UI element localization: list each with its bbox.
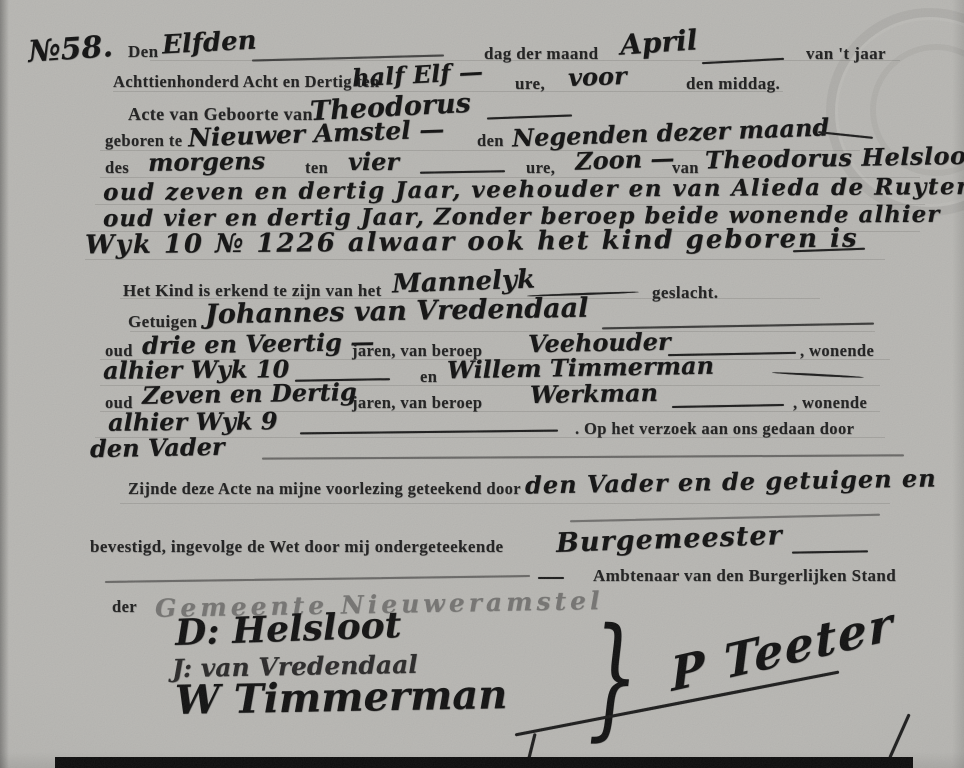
entry-witness2-profession: Werkman bbox=[530, 378, 658, 409]
form-label-den: Den bbox=[128, 42, 158, 62]
ink-fill-line bbox=[420, 170, 505, 173]
entry-father-name: Theodorus Helsloot. bbox=[705, 141, 964, 175]
bottom-scan-bar bbox=[55, 757, 913, 768]
entry-time: half Elf — bbox=[351, 57, 483, 93]
form-label-ure-1: ure, bbox=[515, 74, 545, 94]
form-label-der: der bbox=[112, 597, 137, 617]
ink-fill-line bbox=[300, 430, 558, 435]
form-label-dag-der-maand: dag der maand bbox=[484, 44, 598, 64]
entry-witness1-name: Johannes van Vredendaal bbox=[205, 293, 589, 331]
form-label-wonende-1: , wonende bbox=[800, 341, 874, 361]
form-label-en: en bbox=[420, 367, 437, 387]
ink-fill-line bbox=[772, 372, 864, 379]
form-label-ambtenaar: Ambtenaar van den Burgerlijken Stand bbox=[593, 566, 896, 586]
entry-birth-hour: vier bbox=[348, 147, 399, 176]
official-signature: P Teeter bbox=[669, 596, 895, 702]
entry-requested-by: den Vader bbox=[90, 432, 225, 463]
signature-brace: } bbox=[588, 600, 638, 754]
ink-fill-line bbox=[262, 454, 904, 459]
form-label-van-t-jaar: van 't jaar bbox=[806, 44, 886, 64]
form-label-bevestigd: bevestigd, ingevolge de Wet door mij ond… bbox=[90, 537, 504, 557]
form-label-ten: ten bbox=[305, 158, 328, 178]
ink-fill-line bbox=[792, 550, 868, 553]
signature-witness2: W Timmerman bbox=[175, 671, 508, 724]
entry-relation: Zoon — bbox=[575, 143, 675, 175]
entry-morning: morgens bbox=[148, 146, 266, 177]
entry-address: Wyk 10 № 1226 alwaar ook het kind gebore… bbox=[85, 224, 859, 261]
birth-certificate-scan: №58. Den Elfden dag der maand April van … bbox=[0, 0, 964, 768]
ink-fill-line bbox=[487, 115, 572, 120]
form-label-jaren-2: jaren, van beroep bbox=[352, 393, 482, 413]
entry-before-after-noon: voor bbox=[568, 61, 628, 92]
form-label-des: des bbox=[105, 158, 129, 178]
form-label-geslacht: geslacht. bbox=[652, 283, 718, 303]
form-label-verzoek: . Op het verzoek aan ons gedaan door bbox=[575, 419, 854, 439]
signature-father: D: Helsloot bbox=[174, 604, 402, 654]
ink-fill-line bbox=[105, 575, 530, 582]
form-label-zijnde: Zijnde deze Acte na mijne voorlezing get… bbox=[128, 479, 521, 499]
pen-stroke bbox=[888, 713, 910, 758]
form-label-getuigen: Getuigen bbox=[128, 312, 197, 332]
ink-fill-line bbox=[570, 514, 880, 522]
entry-official-title: Burgemeester bbox=[556, 520, 784, 559]
form-label-den-middag: den middag. bbox=[686, 74, 780, 94]
form-label-wonende-2: , wonende bbox=[793, 393, 867, 413]
ink-fill-line bbox=[702, 58, 784, 64]
ink-fill-line bbox=[672, 404, 784, 408]
ruled-line bbox=[120, 503, 890, 504]
entry-month: April bbox=[619, 23, 698, 61]
act-number: №58. bbox=[27, 29, 114, 70]
ink-dash bbox=[538, 577, 564, 579]
entry-day: Elfden bbox=[161, 26, 257, 61]
entry-signed-by: den Vader en de getuigen en bbox=[525, 463, 937, 499]
form-label-year: Achttienhonderd Acht en Dertig ten bbox=[113, 72, 380, 92]
form-label-den-2: den bbox=[477, 131, 504, 151]
entry-witness2-age: Zeven en Dertig bbox=[142, 377, 357, 410]
